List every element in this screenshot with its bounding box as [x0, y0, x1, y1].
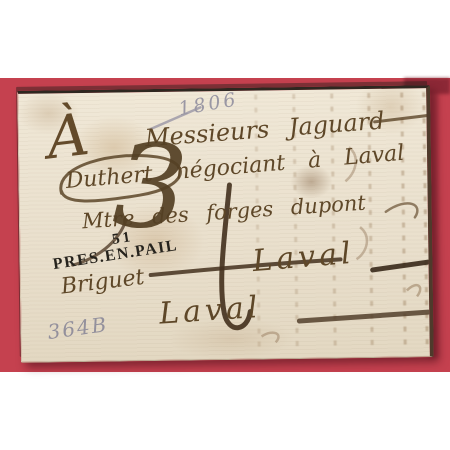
salutation-script: À [43, 105, 91, 168]
sender-script: Briguet [60, 267, 146, 299]
bleed-scribble [262, 332, 279, 342]
chain-line [400, 93, 407, 349]
destination-laval-bottom: Laval [158, 293, 262, 330]
cover-photo: 1806 À Messieurs Jaguard Duthert négocia… [0, 0, 450, 450]
destination-laval-right: Laval [251, 239, 355, 277]
bleed-scribble [407, 285, 420, 296]
bleed-scribble [356, 227, 367, 259]
bottom-rule-line [299, 312, 428, 321]
letter-cover: 1806 À Messieurs Jaguard Duthert négocia… [17, 85, 434, 363]
laval-underline-right [373, 262, 428, 270]
pencil-year-annotation: 1806 [177, 90, 240, 119]
pencil-reference-annotation: 364B [46, 314, 109, 342]
chain-line [422, 92, 429, 348]
